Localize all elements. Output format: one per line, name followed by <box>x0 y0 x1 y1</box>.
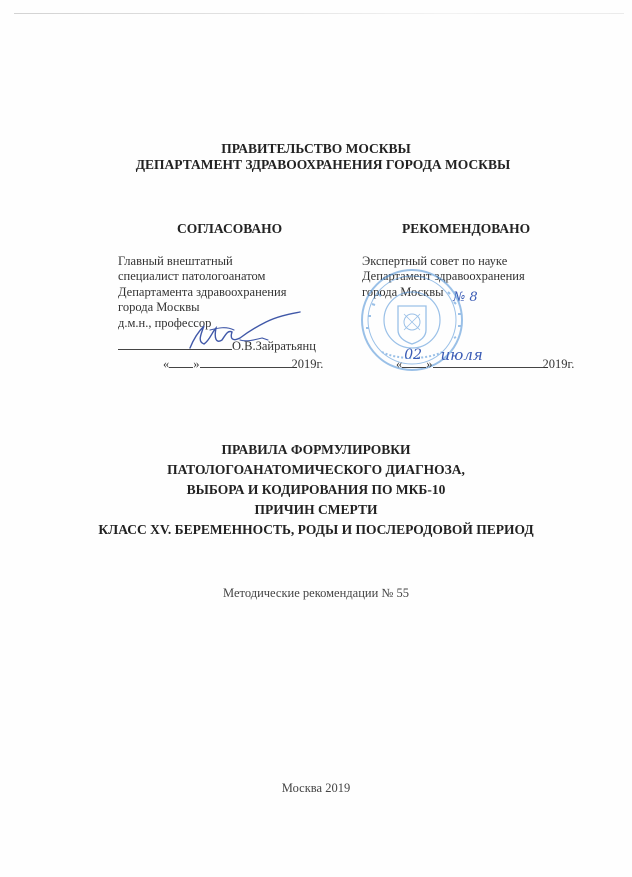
agreed-date-line: «»2019г. <box>163 355 323 372</box>
approval-agreed-block: СОГЛАСОВАНО Главный внештатный специалис… <box>118 221 338 331</box>
document-header: ПРАВИТЕЛЬСТВО МОСКВЫ ДЕПАРТАМЕНТ ЗДРАВОО… <box>0 141 632 173</box>
title-line-1: ПРАВИЛА ФОРМУЛИРОВКИ <box>0 440 632 460</box>
handwritten-month: июля <box>441 346 483 364</box>
recommended-year: 2019г. <box>543 357 575 371</box>
recommended-line-3-text: города Москвы <box>362 285 444 299</box>
title-line-4: ПРИЧИН СМЕРТИ <box>0 500 632 520</box>
agreed-line-3: Департамента здравоохранения <box>118 285 338 301</box>
document-title: ПРАВИЛА ФОРМУЛИРОВКИ ПАТОЛОГОАНАТОМИЧЕСК… <box>0 440 632 540</box>
recommended-heading: РЕКОМЕНДОВАНО <box>362 221 592 237</box>
scan-edge-line <box>14 13 624 14</box>
agreed-line-5: д.м.н., профессор <box>118 316 338 332</box>
document-page: ПРАВИТЕЛЬСТВО МОСКВЫ ДЕПАРТАМЕНТ ЗДРАВОО… <box>0 0 632 877</box>
handwritten-day: 02 <box>404 347 422 363</box>
header-department: ДЕПАРТАМЕНТ ЗДРАВООХРАНЕНИЯ ГОРОДА МОСКВ… <box>0 157 632 173</box>
signatory-name: О.В.Зайратьянц <box>232 339 316 353</box>
month-field: июля <box>433 355 543 368</box>
document-footer-place-year: Москва 2019 <box>0 781 632 796</box>
recommended-line-1: Экспертный совет по науке <box>362 254 592 270</box>
title-line-5: КЛАСС XV. БЕРЕМЕННОСТЬ, РОДЫ И ПОСЛЕРОДО… <box>0 520 632 540</box>
agreed-signature-line: О.В.Зайратьянц <box>118 337 316 354</box>
agreed-heading: СОГЛАСОВАНО <box>118 221 338 237</box>
signature-blank <box>118 337 232 350</box>
title-line-2: ПАТОЛОГОАНАТОМИЧЕСКОГО ДИАГНОЗА, <box>0 460 632 480</box>
approval-recommended-block: РЕКОМЕНДОВАНО Экспертный совет по науке … <box>362 221 592 300</box>
agreed-line-2: специалист патологоанатом <box>118 269 338 285</box>
agreed-line-4: города Москвы <box>118 300 338 316</box>
document-subtitle: Методические рекомендации № 55 <box>0 586 632 601</box>
header-government: ПРАВИТЕЛЬСТВО МОСКВЫ <box>0 141 632 157</box>
recommended-line-2: Департамент здравоохранения <box>362 269 592 285</box>
agreed-line-1: Главный внештатный <box>118 254 338 270</box>
month-blank <box>200 355 292 368</box>
title-line-3: ВЫБОРА И КОДИРОВАНИЯ ПО МКБ-10 <box>0 480 632 500</box>
handwritten-protocol-number: № 8 <box>453 290 478 305</box>
agreed-year: 2019г. <box>292 357 324 371</box>
recommended-date-line: «02»июля2019г. <box>396 355 574 372</box>
day-blank <box>169 355 193 368</box>
day-field: 02 <box>402 355 426 368</box>
